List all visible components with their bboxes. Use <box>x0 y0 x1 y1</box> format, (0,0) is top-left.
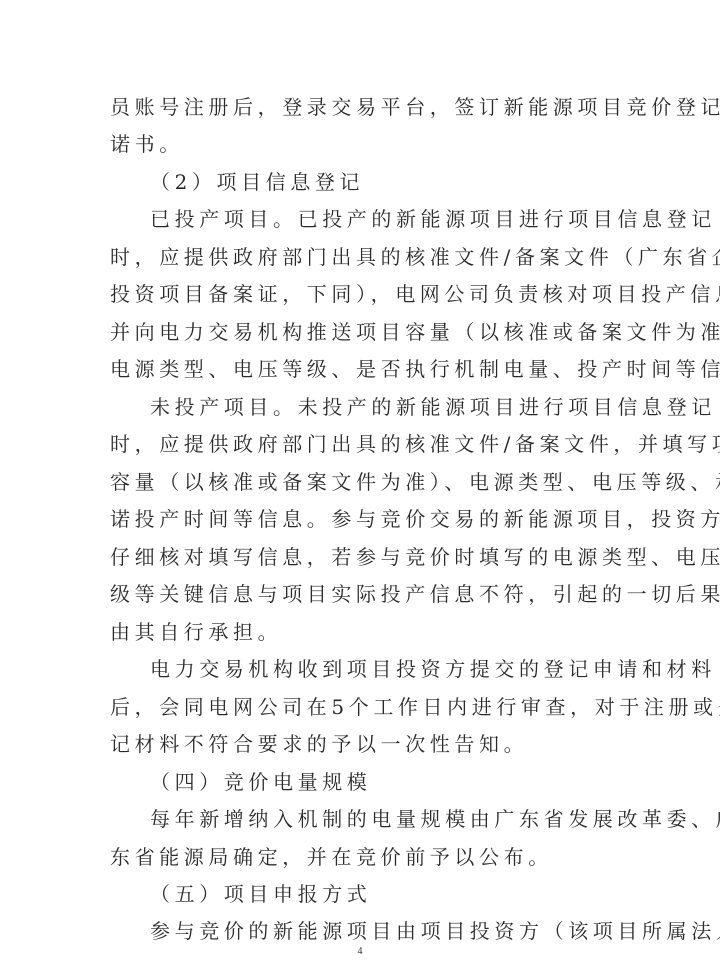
text-line: 记材料不符合要求的予以一次性告知。 <box>110 731 620 757</box>
text-line: 仔细核对填写信息，若参与竞价时填写的电源类型、电压等 <box>110 544 620 570</box>
text-line: 电源类型、电压等级、是否执行机制电量、投产时间等信息。 <box>110 356 620 382</box>
text-line: 时，应提供政府部门出具的核准文件/备案文件，并填写项目 <box>110 431 620 457</box>
text-line: 东省能源局确定，并在竞价前予以公布。 <box>110 844 620 870</box>
text-line: 每年新增纳入机制的电量规模由广东省发展改革委、广 <box>150 806 660 832</box>
text-line: 诺书。 <box>110 131 620 157</box>
text-line: 投资项目备案证，下同），电网公司负责核对项目投产信息 <box>110 281 620 307</box>
text-line: 后，会同电网公司在5个工作日内进行审查，对于注册或登 <box>110 694 620 720</box>
text-line: 员账号注册后，登录交易平台，签订新能源项目竞价登记承 <box>110 94 620 120</box>
text-line: 容量（以核准或备案文件为准）、电源类型、电压等级、承 <box>110 469 620 495</box>
text-line: 未投产项目。未投产的新能源项目进行项目信息登记 <box>150 394 660 420</box>
document-page: 员账号注册后，登录交易平台，签订新能源项目竞价登记承 诺书。 （2）项目信息登记… <box>0 0 720 967</box>
section-heading: （四）竞价电量规模 <box>150 769 660 795</box>
text-line: 并向电力交易机构推送项目容量（以核准或备案文件为准）、 <box>110 319 620 345</box>
text-line: 级等关键信息与项目实际投产信息不符，引起的一切后果， <box>110 581 620 607</box>
section-heading: （五）项目申报方式 <box>150 881 660 907</box>
text-line: 由其自行承担。 <box>110 619 620 645</box>
text-line: 已投产项目。已投产的新能源项目进行项目信息登记 <box>150 206 660 232</box>
text-line: 时，应提供政府部门出具的核准文件/备案文件（广东省企业 <box>110 244 620 270</box>
page-number: 4 <box>0 946 720 957</box>
section-heading: （2）项目信息登记 <box>150 169 660 195</box>
text-line: 参与竞价的新能源项目由项目投资方（该项目所属法人 <box>150 918 660 944</box>
text-line: 电力交易机构收到项目投资方提交的登记申请和材料 <box>150 656 660 682</box>
text-line: 诺投产时间等信息。参与竞价交易的新能源项目，投资方需 <box>110 506 620 532</box>
